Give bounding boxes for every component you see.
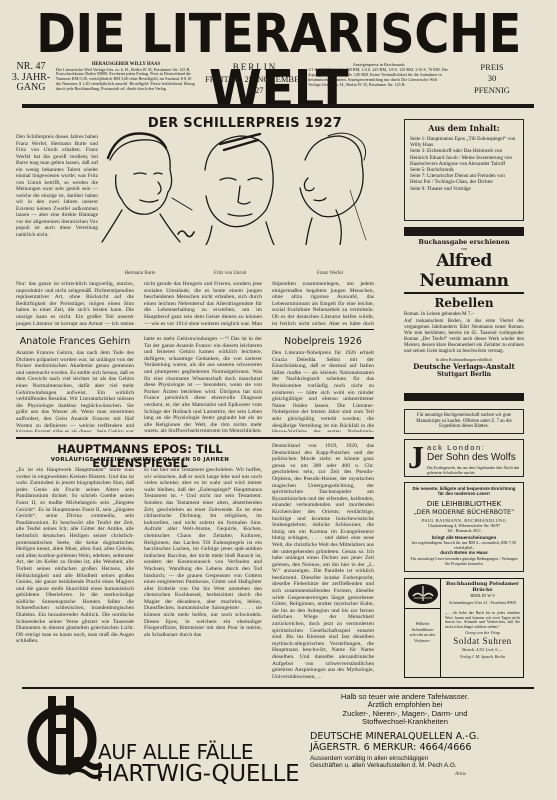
schillerpreis-col1: Nur: das ganze ist schrecklich langweili… [16,281,134,327]
sidebar-bar-2 [404,393,524,401]
hq-slogan-1: AUF ALLE FÄLLE [98,742,253,762]
header-info-row: NR. 47 3. JAHR- GANG HERAUSGEBER WILLY H… [0,62,557,96]
hq-slogan-2: HARTWIG-QUELLE [96,762,299,786]
hq-note1: Ausserdem vorrätig in allen einschlägige… [310,755,510,762]
suhren-price: Brosch. 4.50, Lwd. 6.— [445,648,520,653]
year: 1927 [200,85,310,96]
neumann-title: Rebellen [404,296,524,310]
section-rule-1 [16,329,374,330]
bottom-rule [22,687,534,689]
neumann-ad: Buchausgabe erschienen von Alfred Neuman… [404,238,524,372]
hauptmann-col3: Deutschland von 1919, 1920, das Deutschl… [272,443,374,679]
bookshop-address: Schöneberger Ufer 21 / Kurfürst 8903 [442,600,523,606]
hq-note2: Geschäften u. allen Verkaufsstellen d. M… [310,762,510,769]
portrait-werfel [300,133,366,245]
leih-tagline: Die neueste, billigste und bequemste Ein… [409,486,519,496]
london-author: ack London: [427,443,485,452]
schillerpreis-intro: Den Schillerpreis dieses Jahres haben Fr… [16,134,98,282]
sidebar-bar-1 [404,227,524,236]
schmidtbonn-note: Wilhelm Schmidtbonn schreibt an den Verf… [405,609,441,677]
hauptmann-col1: „Es ist ein Hauptwerk Hauptmanns“ hörte … [16,467,134,679]
london-title: Der Sohn des Wolfs [427,452,516,463]
caption-werfel: Franz Werfel [290,271,370,276]
contents-item[interactable]: Seite 1: Hauptmanns Epos „Till Eulenspie… [410,136,518,148]
hauptmann-subhead: VORLÄUFIGE ANZEIGE · KRITIK FOLGT IN 50 … [16,457,264,463]
issue-number: NR. 47 3. JAHR- GANG [8,62,54,94]
leih-line4: Für auswärtige Leser besonders günstige … [409,557,519,567]
leih-line2: bei regelmäßigem Tausch für nur RM 4.– m… [409,540,519,550]
bookshop-info: Buchhandlung Potsdamer Brücke BERLIN W 9… [442,581,523,606]
contents-box: Aus dem Inhalt: Seite 1: Hauptmanns Epos… [404,119,524,221]
hq-address: JÄGERSTR. 6 MERKUR: 4664/4666 [310,742,510,753]
potsdamer-ad: Buchhandlung Potsdamer Brücke BERLIN W 9… [404,578,524,678]
london-initial: J [408,440,424,474]
city: BERLIN [200,62,310,74]
neumann-pre: Buchausgabe erschienen [404,238,524,246]
portrait-unruh [205,134,274,245]
bookshop-name: Buchhandlung Potsdamer Brücke [442,581,523,593]
issue-nr: NR. 47 [8,62,54,73]
leihbibliothek-ad: Die neueste, billigste und bequemste Ein… [404,482,524,572]
neumann-body: Auf toskanischem Boden, in das erste Vie… [404,319,524,354]
price-unit: PFENNIG [452,85,532,96]
ad-rates: Anzeigenpreise in Reichsmark: 1/1 S. 800… [308,62,450,87]
contents-item[interactable]: Seite 9: Theater und Vorträge [410,186,518,192]
caption-unruh: Fritz von Unruh [190,271,270,276]
schillerpreis-headline: DER SCHILLERPREIS 1927 [120,116,370,131]
anatole-col2: hatte es mehr Gehirnwindungen —“! Das is… [144,336,262,432]
hauptmann-col2: Er hat hier sein Testament geschrieben. … [144,467,262,679]
hq-company: DEUTSCHE MINERALQUELLEN A.-G. [310,731,510,742]
leih-line3: durch Boten ins Haus [409,550,519,555]
caption-burte: Hermann Burte [100,271,180,276]
portrait-burte [102,134,192,243]
imprint-body: Die Literarische Welt Verlags-Ges. m. b.… [56,68,196,92]
imprint: HERAUSGEBER WILLY HAAS Die Literarische … [56,62,196,92]
suhren-block: „… ich liebe das Buch bis in jedes einze… [442,611,523,659]
contents-title: Aus dem Inhalt: [410,123,518,133]
contents-item[interactable]: Seite 7: Literarischer Dienst am Fremden… [410,173,518,185]
section-rule-2 [16,437,374,439]
bookshop-logo-cell [405,579,441,609]
price-amount: 30 [452,73,532,84]
issue-year-2: GANG [8,83,54,94]
suhren-quote: „… ich liebe das Buch bis in jedes einze… [445,611,520,629]
neumann-price: Roman. In Leinen gebunden M 7.– [404,312,524,317]
anatole-col1: Anatole Frances Gehirn, das nach dem Tod… [16,350,134,432]
bookshop-logo-icon [405,579,441,609]
neumann-publisher: Deutsche Verlags-Anstalt [404,362,524,371]
schillerpreis-col3: Stipendien zusammenlegen, um jedem einig… [272,281,374,327]
london-body: Das Erstlingswerk, das aus dem Vagabunde… [427,466,521,475]
price: PREIS 30 PFENNIG [452,62,532,96]
jack-london-ad: J ack London: Der Sohn des Wolfs Das Ers… [404,439,524,477]
nobel-body: Den Literatur-Nobelpreis für 1926 erhiel… [272,350,374,432]
hauptmann-headline: HAUPTMANNS EPOS: TILL EULENSPIEGEL [16,442,264,470]
nobel-headline: Nobelpreis 1926 [272,336,374,347]
hq-line4: Stoffwechsel-Krankheiten [305,718,505,726]
anatole-headline: Anatole Frances Gehirn [16,336,134,347]
contents-list: Seite 1: Hauptmanns Epos „Till Eulenspie… [410,136,518,192]
manuscripts-ad: Für neuartige Buchgemeinschaft suchen wi… [404,409,524,434]
schillerpreis-col2: nicht gerade das Hungern und Frieren, so… [144,281,262,327]
leih-tel: Tel.: Bismarck 4511 [409,528,519,533]
neumann-publisher-city: Stuttgart Berlin [404,371,524,378]
ad-rates-body: 1/1 S. 800 RM, 1/2 S. 400 RM, 1/4 S. 225… [308,67,450,87]
hq-logo-icon [22,692,102,792]
price-label: PREIS [452,62,532,73]
hq-info: Halb so teuer wie andere Tafelwasser. Är… [305,693,505,727]
header-rule [22,104,534,108]
artist-signature [178,231,194,237]
neumann-rule [404,292,524,294]
hq-signature: Arlas [455,772,466,777]
date: FREITAG, 25. NOVEMBER [200,74,310,85]
place-date: BERLIN FREITAG, 25. NOVEMBER 1927 [200,62,310,96]
portrait-sketches [100,130,375,245]
neumann-author: Alfred Neumann [404,251,524,291]
hq-company-block: DEUTSCHE MINERALQUELLEN A.-G. JÄGERSTR. … [310,731,510,769]
masthead-title: DIE LITERARISCHE WELT [12,6,545,62]
suhren-publisher: Verlag J. M. Spaeth, Berlin [445,655,520,660]
contents-item[interactable]: Seite 3: Eichendorff oder Das Heimweh vo… [410,148,518,167]
leih-title2: „DER MODERNE BÜCHERBOTE“ [409,508,519,516]
suhren-title: Soldat Suhren [445,636,520,647]
